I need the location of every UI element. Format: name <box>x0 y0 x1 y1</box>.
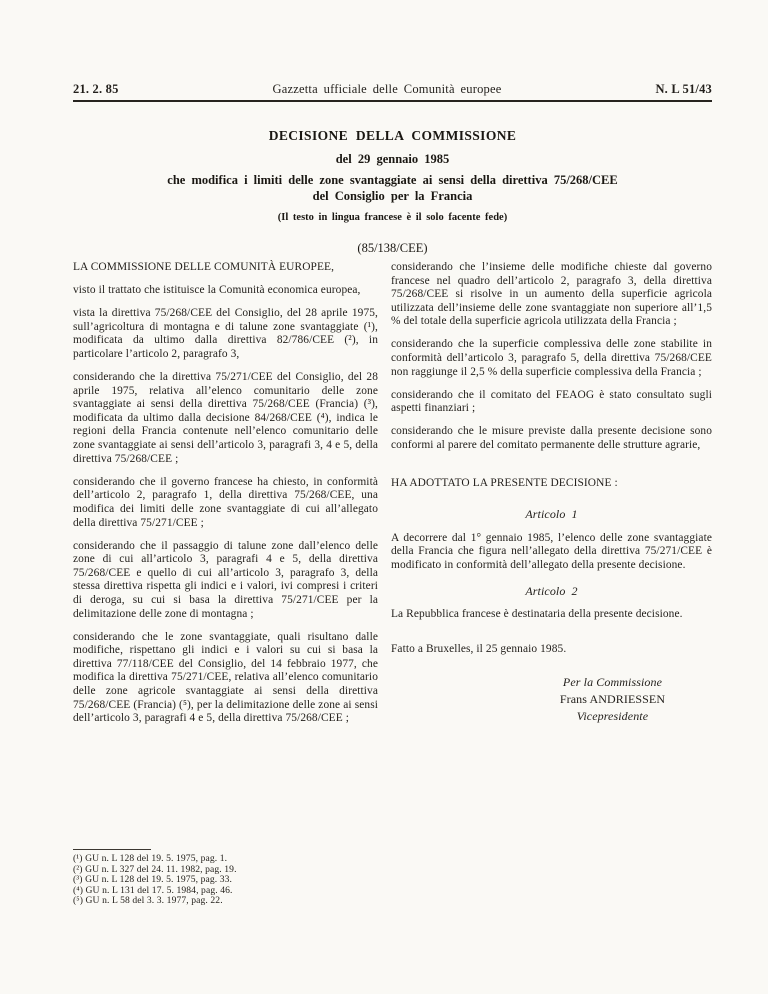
language-note: (Il testo in lingua francese è il solo f… <box>73 212 712 223</box>
recital-3: considerando che il passaggio di talune … <box>73 540 378 622</box>
recital-6: considerando che la superficie complessi… <box>391 338 712 379</box>
signature-on-behalf: Per la Commissione <box>513 674 712 691</box>
footnote-1: (¹) GU n. L 128 del 19. 5. 1975, pag. 1. <box>73 854 433 865</box>
recital-8: considerando che le misure previste dall… <box>391 425 712 452</box>
document-page: 21. 2. 85 Gazzetta ufficiale delle Comun… <box>0 0 768 994</box>
recital-5: considerando che l’insieme delle modific… <box>391 261 712 329</box>
citation-treaty: visto il trattato che istituisce la Comu… <box>73 284 378 298</box>
signature-block: Per la Commissione Frans ANDRIESSEN Vice… <box>513 674 712 725</box>
enacting-formula: HA ADOTTATO LA PRESENTE DECISIONE : <box>391 477 712 491</box>
doc-date-line: del 29 gennaio 1985 <box>73 152 712 167</box>
doc-reference: (85/138/CEE) <box>73 241 712 256</box>
footnotes-block: (¹) GU n. L 128 del 19. 5. 1975, pag. 1.… <box>73 849 433 907</box>
signatory-name: Frans ANDRIESSEN <box>513 691 712 708</box>
article-1-heading: Articolo 1 <box>391 508 712 522</box>
article-2-heading: Articolo 2 <box>391 585 712 599</box>
header-date: 21. 2. 85 <box>73 82 119 97</box>
left-column: LA COMMISSIONE DELLE COMUNITÀ EUROPEE, v… <box>73 261 378 735</box>
journal-title: Gazzetta ufficiale delle Comunità europe… <box>273 82 502 97</box>
article-1-body: A decorrere dal 1° gennaio 1985, l’elenc… <box>391 532 712 573</box>
header-rule <box>73 100 712 102</box>
body-columns: LA COMMISSIONE DELLE COMUNITÀ EUROPEE, v… <box>73 261 712 735</box>
recital-4: considerando che le zone svantaggiate, q… <box>73 631 378 726</box>
opening-formula: LA COMMISSIONE DELLE COMUNITÀ EUROPEE, <box>73 261 378 275</box>
citation-directive: vista la direttiva 75/268/CEE del Consig… <box>73 307 378 361</box>
footnote-5: (⁵) GU n. L 58 del 3. 3. 1977, pag. 22. <box>73 896 433 907</box>
article-2-body: La Repubblica francese è destinataria de… <box>391 608 712 622</box>
right-column: considerando che l’insieme delle modific… <box>391 261 712 735</box>
journal-header: 21. 2. 85 Gazzetta ufficiale delle Comun… <box>73 82 712 97</box>
signatory-title: Vicepresidente <box>513 708 712 725</box>
doc-title: DECISIONE DELLA COMMISSIONE <box>73 128 712 144</box>
doc-subject-line2: del Consiglio per la Francia <box>73 189 712 205</box>
footnote-separator <box>73 849 151 850</box>
doc-subject-line1: che modifica i limiti delle zone svantag… <box>73 173 712 189</box>
recital-7: considerando che il comitato del FEAOG è… <box>391 389 712 416</box>
recital-2: considerando che il governo francese ha … <box>73 476 378 530</box>
place-date-line: Fatto a Bruxelles, il 25 gennaio 1985. <box>391 643 712 657</box>
recital-1: considerando che la direttiva 75/271/CEE… <box>73 371 378 466</box>
issue-number: N. L 51/43 <box>655 82 712 97</box>
title-block: DECISIONE DELLA COMMISSIONE del 29 genna… <box>73 128 712 256</box>
